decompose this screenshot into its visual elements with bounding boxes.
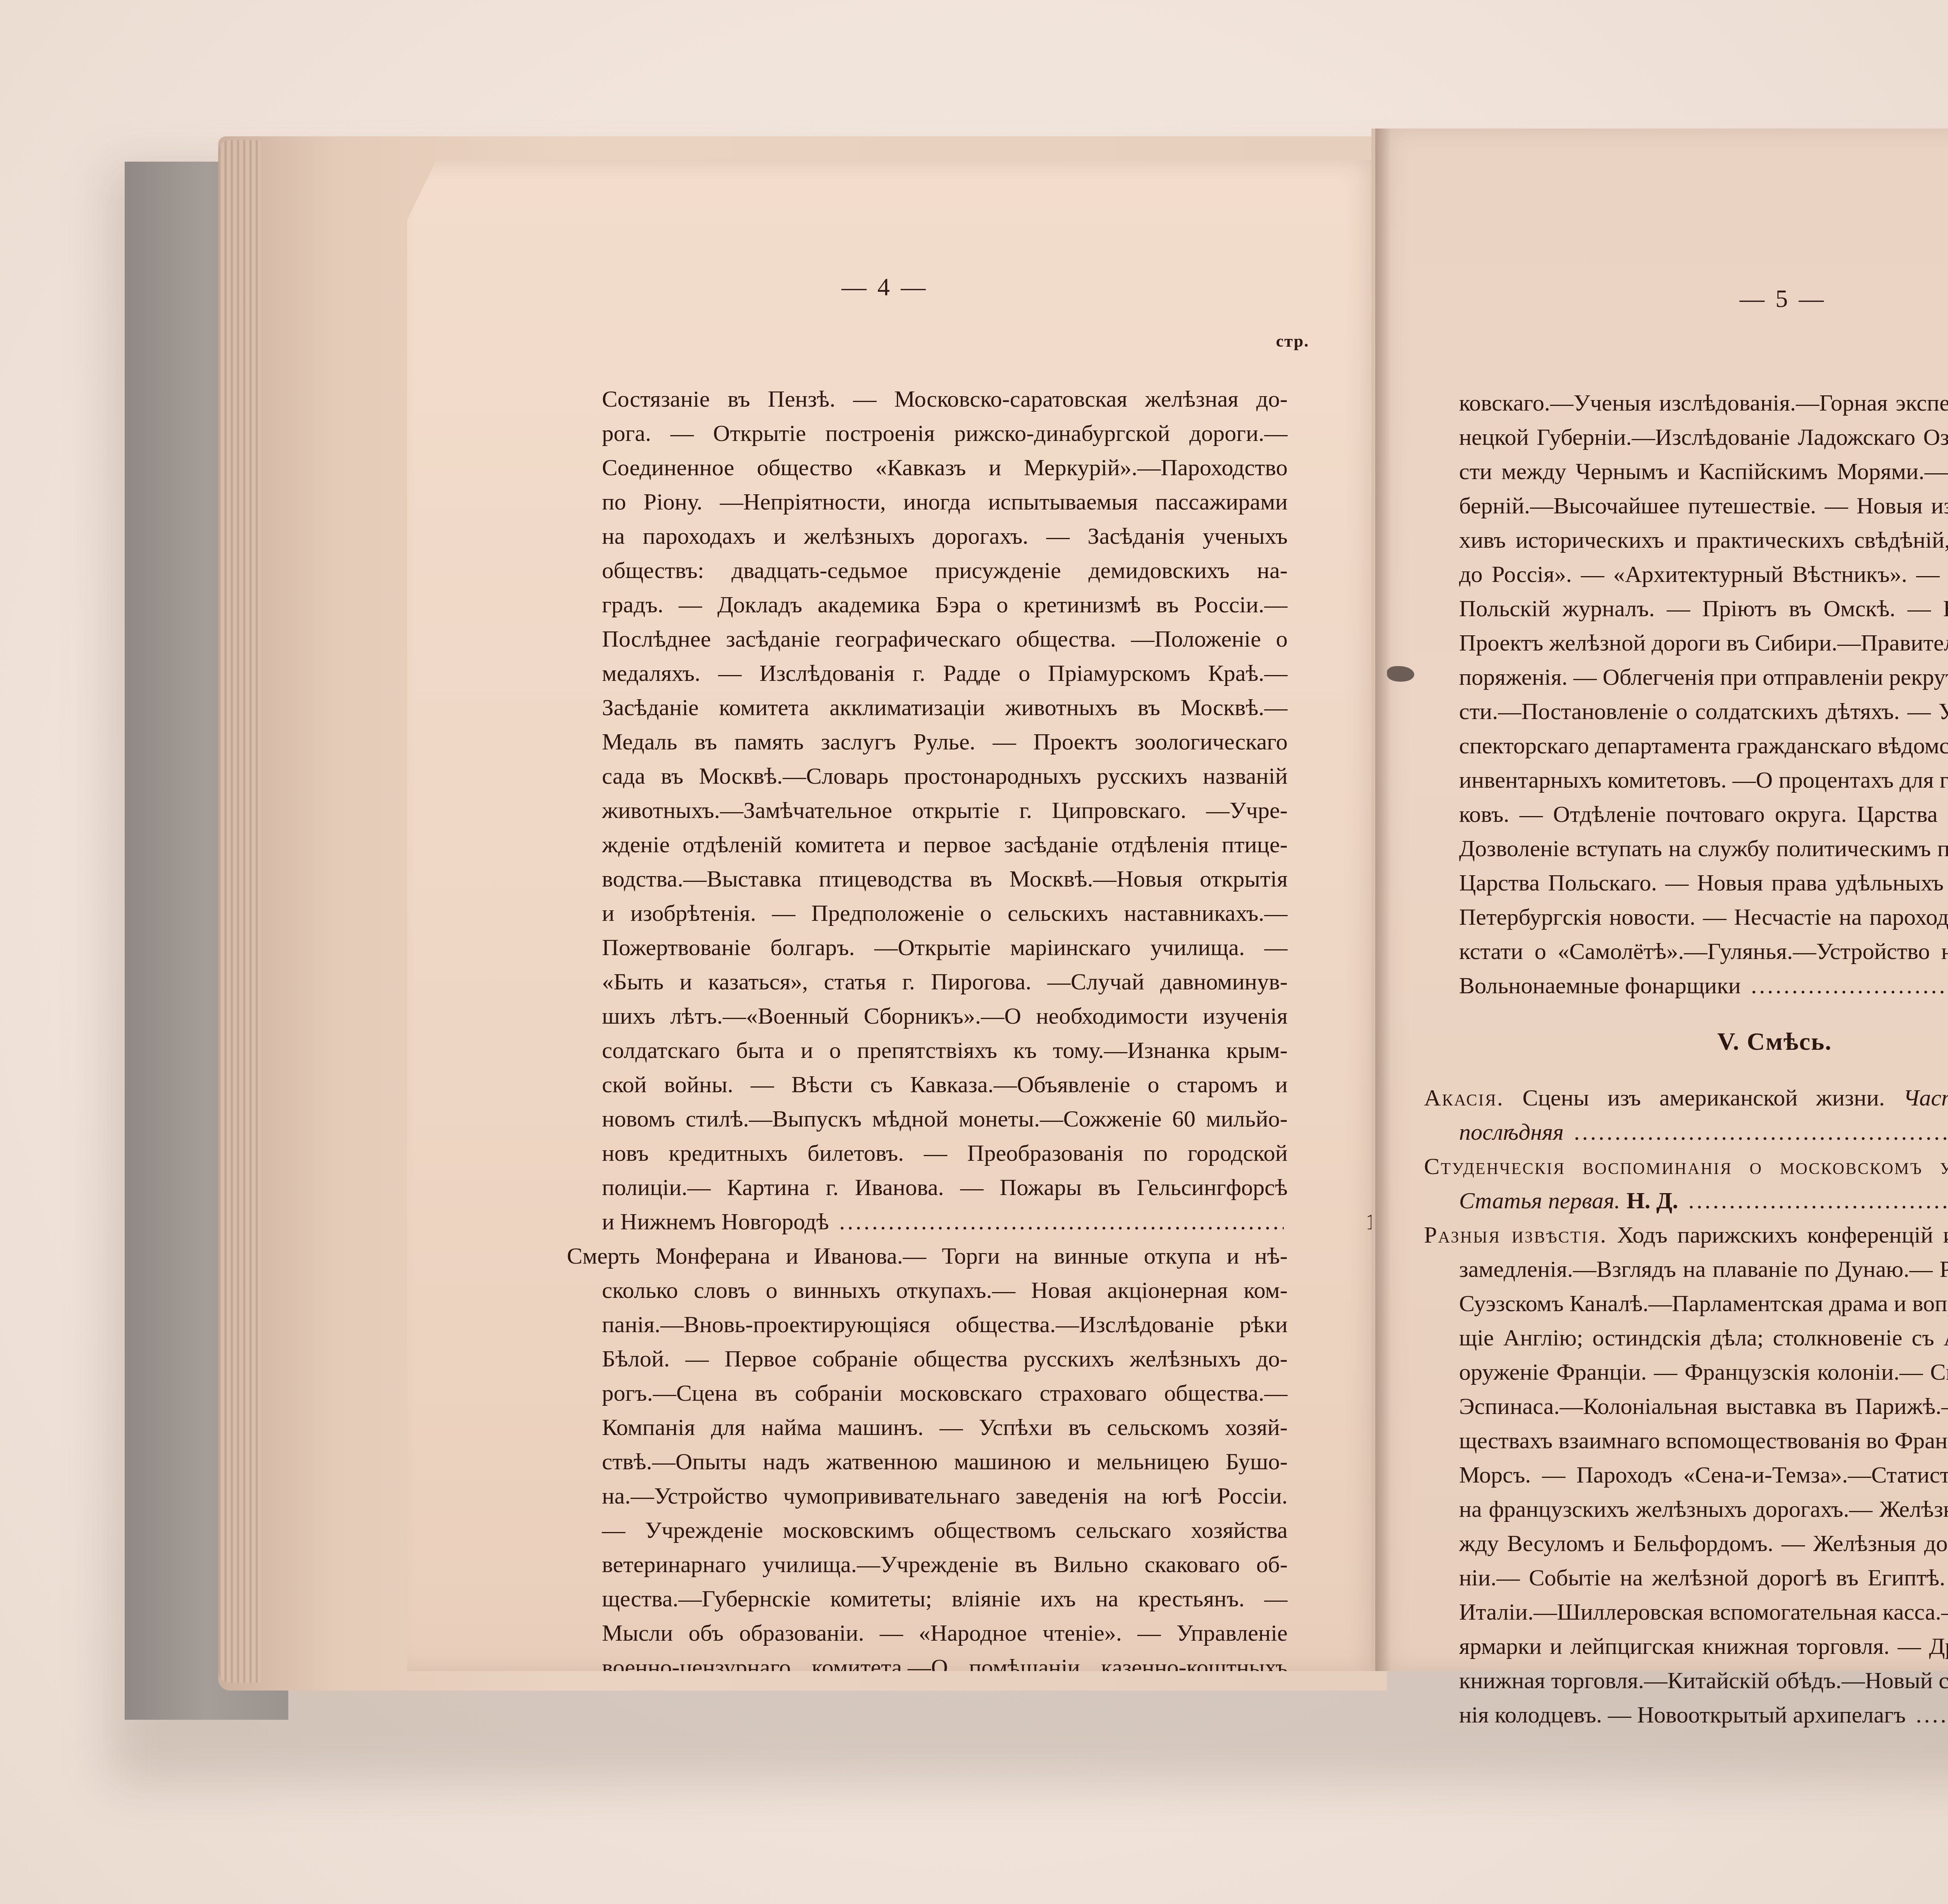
leader-text: послѣдняя <box>1459 1115 1564 1149</box>
author-initials: Н. Д. <box>1627 1183 1678 1218</box>
toc-leader-row: Статья первая.Н. Д......................… <box>1459 1183 1948 1218</box>
toc-line: рога. — Открытіе построенія рижско-динаб… <box>602 416 1288 450</box>
leader-dots: ........................................… <box>1751 968 1948 1003</box>
toc-line: и изобрѣтенія. — Предположеніе о сельски… <box>602 896 1288 930</box>
toc-line: Италіи.—Шиллеровская вспомогательная кас… <box>1459 1595 1948 1629</box>
toc-line: на пароходахъ и желѣзныхъ дорогахъ. — За… <box>602 519 1288 553</box>
toc-line: сколько словъ о винныхъ откупахъ.— Новая… <box>567 1273 1288 1307</box>
toc-line: Медаль въ память заслугъ Рулье. — Проект… <box>602 725 1288 759</box>
toc-line: Разныя извѣстія. Ходъ парижскихъ конфере… <box>1424 1218 1948 1252</box>
leader-dots: ........................................… <box>839 1204 1284 1239</box>
toc-line: поряженія. — Облегченія при отправленіи … <box>1459 660 1948 694</box>
toc-line: жденіе отдѣленій комитета и первое засѣд… <box>602 827 1288 862</box>
toc-line: книжная торговля.—Китайскій обѣдъ.—Новый… <box>1459 1663 1948 1698</box>
column-label-left: стр. <box>1276 331 1309 351</box>
toc-line: новъ кредитныхъ билетовъ. — Преобразован… <box>602 1136 1288 1170</box>
toc-line: Проектъ желѣзной дороги въ Сибири.—Прави… <box>1459 626 1948 660</box>
toc-line: Акасія. Сцены изъ американской жизни. Ча… <box>1424 1081 1948 1115</box>
leader-dots: ........................................… <box>1574 1115 1948 1149</box>
toc-line: нецкой Губерніи.—Изслѣдованіе Ладожскаго… <box>1459 420 1948 454</box>
toc-line: спекторскаго департамента гражданскаго в… <box>1459 728 1948 763</box>
toc-line: Дозволеніе вступать на службу политическ… <box>1459 831 1948 866</box>
toc-line: Компанія для найма машинъ. — Успѣхи въ с… <box>567 1410 1288 1444</box>
leader-text: нія колодцевъ. — Новооткрытый архипелагъ <box>1459 1698 1906 1732</box>
toc-line: «Быть и казаться», статья г. Пирогова. —… <box>602 964 1288 999</box>
toc-leader-row: нія колодцевъ. — Новооткрытый архипелагъ… <box>1459 1698 1948 1732</box>
toc-line: ской войны. — Вѣсти съ Кавказа.—Объявлен… <box>602 1067 1288 1102</box>
left-page: — 4 — стр. Состязаніе въ Пензѣ. — Москов… <box>407 160 1383 1671</box>
toc-leader-row: послѣдняя...............................… <box>1459 1115 1948 1149</box>
toc-line: Суэзскомъ Каналѣ.—Парламентская драма и … <box>1459 1286 1948 1320</box>
leader-dots: ........................................… <box>1689 1183 1948 1218</box>
toc-line: по Ріону. —Непріятности, иногда испытыва… <box>602 485 1288 519</box>
entry-first-line: Ходъ парижскихъ конференцій и причина ег… <box>1617 1222 1948 1248</box>
toc-leader-row: Вольнонаемные фонарщики.................… <box>1459 968 1948 1003</box>
entry-note: Часть вторая и <box>1903 1085 1948 1111</box>
toc-line: Пожертвованіе болгаръ. —Открытіе маріинс… <box>602 930 1288 964</box>
toc-line: Послѣднее засѣданіе географическаго обще… <box>602 622 1288 656</box>
toc-line: сада въ Москвѣ.—Словарь простонародныхъ … <box>602 759 1288 793</box>
leader-dots: ........................................… <box>1916 1698 1948 1732</box>
toc-line: Смерть Монферана и Иванова.— Торги на ви… <box>567 1239 1288 1273</box>
toc-line: новомъ стилѣ.—Выпускъ мѣдной монеты.—Сож… <box>602 1102 1288 1136</box>
leader-text: и Нижнемъ Новгородѣ <box>602 1204 829 1239</box>
page-tear <box>1387 666 1414 682</box>
toc-line: ствѣ.—Опыты надъ жатвенною машиною и мел… <box>567 1444 1288 1479</box>
toc-line: градъ. — Докладъ академика Бэра о кретин… <box>602 587 1288 622</box>
toc-line: ковъ. — Отдѣленіе почтоваго округа. Царс… <box>1459 797 1948 831</box>
entry-title: Разныя извѣстія. <box>1424 1222 1607 1248</box>
toc-line: шихъ лѣтъ.—«Военный Сборникъ».—О необход… <box>602 999 1288 1033</box>
toc-line: Бѣлой. — Первое собраніе общества русски… <box>567 1342 1288 1376</box>
toc-line: — Учрежденіе московскимъ обществомъ сель… <box>567 1513 1288 1547</box>
toc-line: полиціи.— Картина г. Иванова. — Пожары в… <box>602 1170 1288 1204</box>
toc-leader-row: и Нижнемъ Новгородѣ.....................… <box>602 1204 1288 1239</box>
toc-line: сти между Чернымъ и Каспійскимъ Морями.—… <box>1459 454 1948 488</box>
toc-line: инвентарныхъ комитетовъ. —О процентахъ д… <box>1459 763 1948 797</box>
entry-title: Акасія. <box>1424 1085 1504 1111</box>
toc-line: ществахъ взаимнаго вспомоществованія во … <box>1459 1423 1948 1458</box>
toc-line: Польскій журналъ. — Пріютъ въ Омскѣ. — Н… <box>1459 591 1948 626</box>
toc-line: солдатскаго быта и о препятствіяхъ къ то… <box>602 1033 1288 1067</box>
toc-line: панія.—Вновь-проектирующіяся общества.—И… <box>567 1307 1288 1342</box>
toc-line: ковскаго.—Ученыя изслѣдованія.—Горная эк… <box>1459 386 1948 420</box>
toc-line: Царства Польскаго. — Новыя права удѣльны… <box>1459 866 1948 900</box>
toc-line: Мысли объ образованіи. — «Народное чтені… <box>567 1616 1288 1650</box>
toc-line: животныхъ.—Замѣчательное открытіе г. Цип… <box>602 793 1288 827</box>
toc-line: Морсъ. — Пароходъ «Сена-и-Темза».—Статис… <box>1459 1458 1948 1492</box>
left-toc-column: Состязаніе въ Пензѣ. — Московско-саратов… <box>602 382 1288 1719</box>
toc-line: рогъ.—Сцена въ собраніи московскаго стра… <box>567 1376 1288 1410</box>
page-number-left: — 4 — <box>842 273 928 301</box>
section-title: V. Смѣсь. <box>1459 1014 1948 1069</box>
toc-line: жду Весуломъ и Бельфордомъ. — Желѣзныя д… <box>1459 1526 1948 1560</box>
entry-subtitle: Сцены изъ американской жизни. <box>1523 1085 1885 1111</box>
toc-line: замедленія.—Взглядъ на плаваніе по Дунаю… <box>1459 1252 1948 1286</box>
page-number-right: — 5 — <box>1740 284 1826 313</box>
page-stack-edges <box>218 140 261 1683</box>
toc-line: Петербургскія новости. — Несчастіе на па… <box>1459 900 1948 934</box>
right-toc-column: ковскаго.—Ученыя изслѣдованія.—Горная эк… <box>1459 386 1948 1732</box>
toc-line: ветеринарнаго училища.—Учрежденіе въ Вил… <box>567 1547 1288 1581</box>
toc-line: сти.—Постановленіе о солдатскихъ дѣтяхъ.… <box>1459 694 1948 728</box>
toc-line: щества.—Губернскіе комитеты; вліяніе ихъ… <box>567 1581 1288 1616</box>
toc-line: Засѣданіе комитета акклиматизаціи животн… <box>602 690 1288 725</box>
toc-line: щіе Англію; остиндскія дѣла; столкновені… <box>1459 1320 1948 1355</box>
toc-line: берній.—Высочайшее путешествіе. — Новыя … <box>1459 488 1948 523</box>
toc-entry: Смерть Монферана и Иванова.— Торги на ви… <box>567 1239 1288 1719</box>
toc-line: обществъ: двадцать-седьмое присужденіе д… <box>602 553 1288 587</box>
toc-line: кстати о «Самолётѣ».—Гулянья.—Устройство… <box>1459 934 1948 968</box>
toc-line: оруженіе Франціи. — Французскія колоніи.… <box>1459 1355 1948 1389</box>
right-page: — 5 — стр. ковскаго.—Ученыя изслѣдованія… <box>1371 129 1948 1671</box>
toc-line: хивъ историческихъ и практическихъ свѣдѣ… <box>1459 523 1948 557</box>
toc-line: на.—Устройство чумопрививательнаго завед… <box>567 1479 1288 1513</box>
toc-line: ніи.— Событіе на желѣзной дорогѣ въ Егип… <box>1459 1560 1948 1595</box>
toc-line: водства.—Выставка птицеводства въ Москвѣ… <box>602 862 1288 896</box>
book-gutter <box>1375 129 1391 1671</box>
toc-line: ярмарки и лейпцигская книжная торговля. … <box>1459 1629 1948 1663</box>
leader-italic: Статья первая. <box>1459 1183 1620 1218</box>
leader-text: Вольнонаемные фонарщики <box>1459 968 1741 1003</box>
toc-line: Эспинаса.—Колоніальная выставка въ Париж… <box>1459 1389 1948 1423</box>
toc-line: на французскихъ желѣзныхъ дорогахъ.— Жел… <box>1459 1492 1948 1526</box>
toc-line: Соединенное общество «Кавказъ и Меркурій… <box>602 450 1288 485</box>
toc-line: Состязаніе въ Пензѣ. — Московско-саратов… <box>602 382 1288 416</box>
entry-title: Студенческія воспоминанія о московскомъ … <box>1424 1149 1948 1183</box>
toc-line: медаляхъ. — Изслѣдованія г. Радде о Пріа… <box>602 656 1288 690</box>
toc-line: до Россія». — «Архитектурный Вѣстникъ». … <box>1459 557 1948 591</box>
